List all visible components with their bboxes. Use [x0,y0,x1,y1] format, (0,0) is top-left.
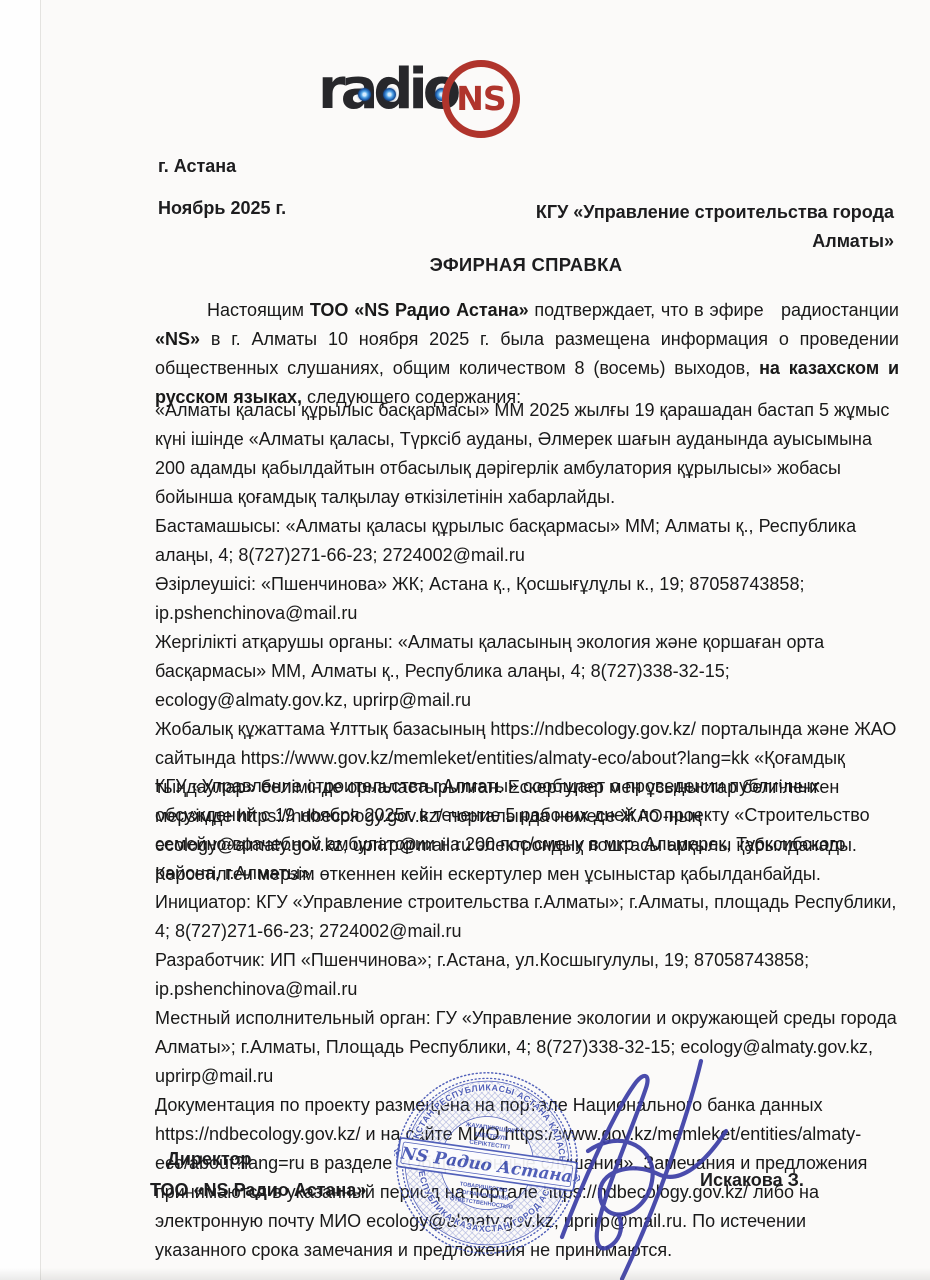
scan-paper-edge [40,0,41,1280]
ru-paragraph: Инициатор: КГУ «Управление строительства… [155,888,899,946]
intro-paragraph: Настоящим ТОО «NS Радио Астана» подтверж… [155,296,899,412]
document-date: Ноябрь 2025 г. [158,198,286,219]
kz-paragraph: Әзірлеушісі: «Пшенчинова» ЖК; Астана қ.,… [155,570,899,628]
scan-left-margin [0,0,40,1280]
signatory-company: ТОО «NS Радио Астана» [150,1175,366,1206]
scan-bottom-edge [0,1268,930,1280]
vinyl-record-dot-icon [383,88,396,101]
logo-letter-d: d [373,62,408,118]
recipient-line-1: КГУ «Управление строительства города [474,198,894,227]
logo-letter-i: i [409,62,423,118]
logo-letter-a: a [341,62,374,118]
signatory-position: Директор [150,1144,366,1175]
station-name-bold: «NS» [155,329,200,349]
logo-letter-r: r [318,62,341,118]
logo-radio-word: radio [318,62,456,118]
vinyl-record-dot-icon [358,88,371,101]
signatory-block: Директор ТОО «NS Радио Астана» [150,1144,366,1206]
document-city: г. Астана [158,156,236,177]
company-name-bold: ТОО «NS Радио Астана» [310,300,529,320]
intro-text: подтверждает, что в эфире радиостанции [529,300,904,320]
kz-paragraph: «Алматы қаласы құрылыс басқармасы» ММ 20… [155,396,899,512]
intro-text: Настоящим [207,300,310,320]
scanned-document-page: radio NS г. Астана Ноябрь 2025 г. КГУ «У… [0,0,930,1280]
ru-paragraph: Разработчик: ИП «Пшенчинова»; г.Астана, … [155,946,899,1004]
radio-ns-logo: radio NS [318,48,528,144]
logo-ns-text: NS [456,79,505,118]
signatory-name: Искакова З. [700,1170,804,1191]
document-title: ЭФИРНАЯ СПРАВКА [155,254,897,276]
kz-paragraph: Жергілікті атқарушы органы: «Алматы қала… [155,628,899,715]
recipient-line-2: Алматы» [474,227,894,256]
company-stamp: ҚАЗАҚСТАН РЕСПУБЛИКАСЫ АСТАНА ҚАЛАСЫ РЕС… [394,1070,580,1256]
ru-paragraph: КГУ «Управление строительства г.Алматы» … [155,772,899,888]
kz-paragraph: Бастамашысы: «Алматы қаласы құрылыс басқ… [155,512,899,570]
logo-ns-circle: NS [442,60,520,138]
document-recipient: КГУ «Управление строительства города Алм… [474,198,894,256]
